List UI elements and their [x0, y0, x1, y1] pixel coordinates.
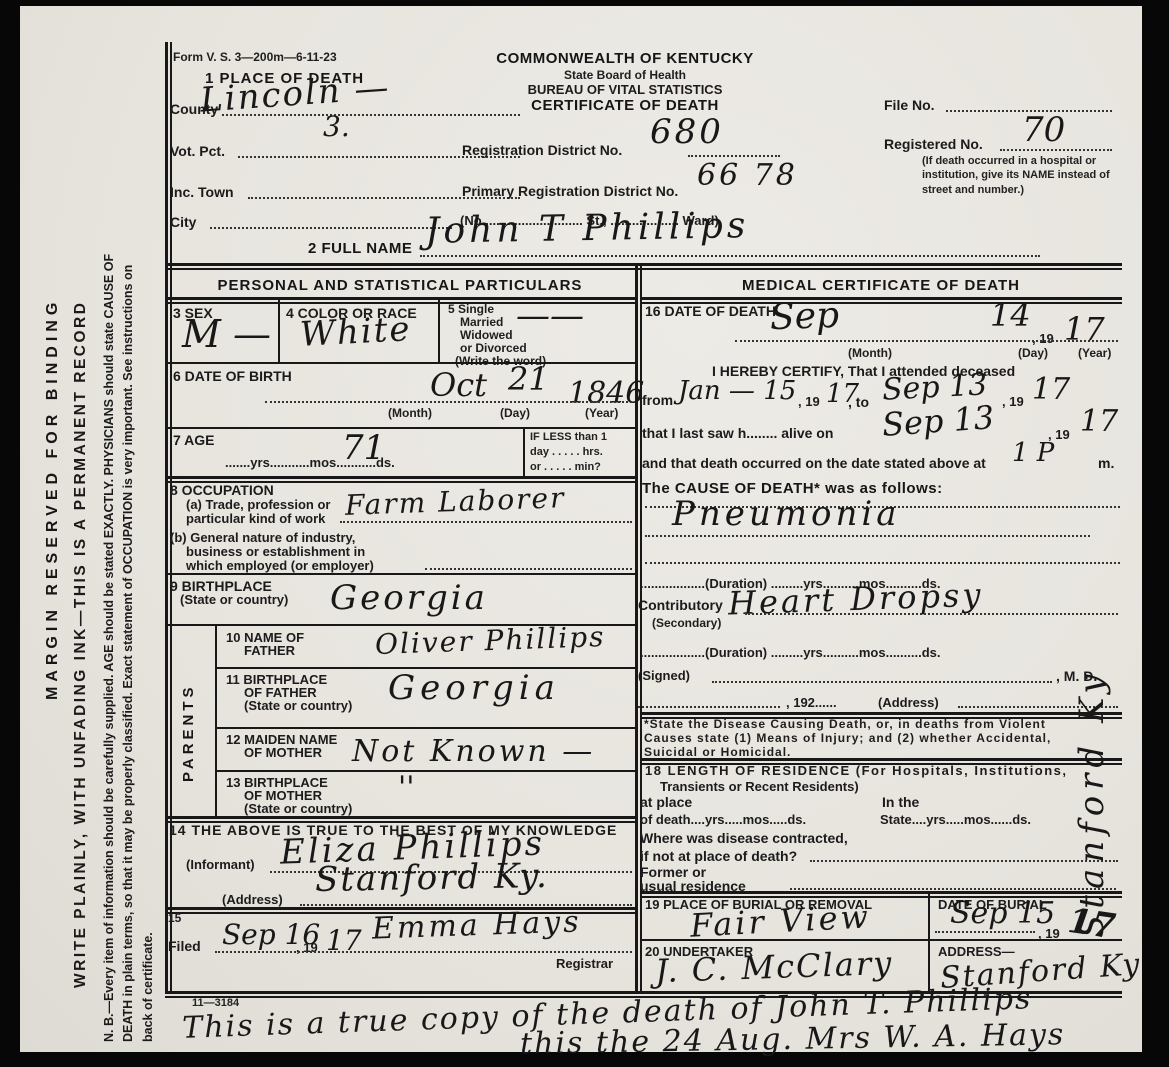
- informant-label: (Informant): [186, 857, 255, 872]
- state-row: State....yrs.....mos......ds.: [880, 812, 1031, 827]
- last-saw-value: Sep 13: [881, 398, 996, 444]
- father-bp-value: Georgia: [388, 668, 560, 708]
- full-name-label: 2 FULL NAME: [308, 240, 412, 257]
- death-certificate-scan: MARGIN RESERVED FOR BINDING WRITE PLAINL…: [0, 0, 1169, 1067]
- marital-line-1: 5 Single: [448, 302, 494, 316]
- full-name-dotted: [420, 255, 1040, 257]
- cause-dotted-2: [645, 535, 1090, 537]
- age-ifless-divider: [523, 427, 525, 477]
- filed-dotted: [215, 951, 632, 953]
- death-time-value: 1 P: [1012, 438, 1054, 468]
- md-address-label: (Address): [878, 695, 939, 710]
- form-code-bottom: 11—3184: [192, 997, 239, 1009]
- city-dotted-line: [210, 227, 452, 229]
- cause-dotted-3: [645, 562, 1120, 564]
- occupation-b-line2: business or establishment in: [186, 544, 365, 559]
- ifless-line-2: day . . . . . hrs.: [530, 446, 603, 458]
- contributory-dotted: [745, 613, 1118, 615]
- dob-month-value: Oct: [430, 366, 487, 404]
- birthplace-value: Georgia: [330, 578, 488, 618]
- father-name-label2: FATHER: [244, 643, 295, 658]
- parents-label: PARENTS: [180, 683, 197, 782]
- item-15-label: 15: [168, 911, 181, 925]
- registration-district-label: Registration District No.: [462, 142, 622, 158]
- burial-divider: [928, 891, 930, 991]
- primary-district-label: Primary Registration District No.: [462, 183, 678, 199]
- birthplace-sublabel: (State or country): [180, 592, 288, 607]
- vot-pct-value-handwriting: 3.: [323, 110, 350, 143]
- parents-divider: [215, 624, 217, 817]
- informant-address-dotted: [300, 904, 632, 906]
- from-value: Jan — 15: [678, 376, 796, 406]
- occupation-label: 8 OCCUPATION: [170, 482, 274, 498]
- registration-district-value: 680: [650, 112, 724, 152]
- mother-bp-value: '': [398, 770, 415, 805]
- date192-dotted: [638, 706, 780, 708]
- occupation-a-line1: (a) Trade, profession or: [186, 497, 330, 512]
- age-value: 71: [342, 428, 385, 468]
- burial-row-rule: [640, 939, 1122, 941]
- margin-binding-note: MARGIN RESERVED FOR BINDING: [44, 298, 62, 700]
- mother-name-rule: [215, 770, 635, 772]
- occupation-a-line2: particular kind of work: [186, 511, 325, 526]
- filed-label: Filed: [168, 938, 201, 954]
- signed-dotted: [712, 681, 1052, 683]
- registered-no-value: 70: [1022, 110, 1065, 150]
- burial-date-dotted: [935, 931, 1035, 933]
- hospital-note: (If death occurred in a hospital or inst…: [922, 154, 1126, 197]
- to-19: , 19: [1002, 394, 1024, 409]
- to-year: 17: [1032, 372, 1070, 407]
- date-of-death-year: 17: [1064, 310, 1105, 348]
- dod-month-label: (Month): [848, 346, 892, 360]
- margin-permanent-note: WRITE PLAINLY, WITH UNFADING INK—THIS IS…: [72, 301, 90, 988]
- margin-nb-note: N. B.—Every item of information should b…: [100, 237, 158, 1042]
- last-saw-statement: that I last saw h........ alive on: [642, 425, 833, 441]
- full-name-value: John T Phillips: [425, 205, 750, 252]
- date-of-death-19: , 19: [1032, 331, 1054, 346]
- informant-address-label: (Address): [222, 892, 283, 907]
- secondary-label: (Secondary): [652, 616, 721, 630]
- marital-value: ——: [516, 296, 584, 336]
- city-label: City: [170, 214, 196, 230]
- registration-district-dotted: [688, 155, 780, 157]
- dod-year-label: (Year): [1078, 346, 1111, 360]
- marital-line-2: Married: [460, 315, 503, 329]
- certificate-heading: CERTIFICATE OF DEATH: [470, 97, 780, 114]
- registrar-label: Registrar: [556, 956, 613, 971]
- registered-no-label: Registered No.: [884, 136, 983, 152]
- in-the-label: In the: [882, 794, 919, 810]
- occupation-b-line3: which employed (or employer): [186, 558, 374, 573]
- mother-name-value: Not Known —: [352, 734, 595, 769]
- form-code: Form V. S. 3—200m—6-11-23: [173, 50, 337, 64]
- residence-title-2: Transients or Recent Residents): [660, 779, 859, 794]
- date-of-death-label: 16 DATE OF DEATH: [645, 303, 776, 319]
- duration-row-2: ..................(Duration) .........yr…: [640, 645, 941, 660]
- dob-dotted: [265, 401, 632, 403]
- m-suffix: m.: [1098, 455, 1114, 471]
- sex-value: M —: [182, 312, 271, 356]
- dob-day-label: (Day): [500, 406, 530, 420]
- cause-of-death-value: Pneumonia: [672, 494, 901, 534]
- race-value: White: [299, 309, 412, 355]
- age-label: 7 AGE: [173, 432, 215, 448]
- footnote-line-1: *State the Disease Causing Death, or, in…: [644, 717, 1046, 731]
- death-occurred-statement: and that death occurred on the date stat…: [642, 455, 986, 471]
- date-of-death-month: Sep: [769, 295, 839, 338]
- at-place-label: at place: [640, 794, 692, 810]
- from-label: from: [642, 392, 673, 408]
- father-bp-rule: [215, 727, 635, 729]
- bureau-heading: BUREAU OF VITAL STATISTICS: [470, 82, 780, 97]
- from-19: , 19: [798, 394, 820, 409]
- signed-label: (Signed): [638, 668, 690, 683]
- dob-label: 6 DATE OF BIRTH: [173, 368, 292, 384]
- dob-year-label: (Year): [585, 406, 618, 420]
- usual-residence-dotted: [790, 888, 1116, 890]
- medical-title: MEDICAL CERTIFICATE OF DEATH: [640, 277, 1122, 294]
- dob-day-value: 21: [508, 360, 549, 398]
- file-no-label: File No.: [884, 97, 935, 113]
- contributory-label: Contributory: [638, 597, 723, 613]
- marital-line-4: or Divorced: [460, 341, 527, 355]
- ifless-line-1: IF LESS than 1: [530, 431, 607, 443]
- header-bottom-rule: [165, 263, 1122, 270]
- commonwealth-heading: COMMONWEALTH OF KENTUCKY: [470, 50, 780, 67]
- mother-bp-sublabel: (State or country): [244, 801, 352, 816]
- year-192-label: , 192......: [786, 695, 837, 710]
- personal-title: PERSONAL AND STATISTICAL PARTICULARS: [165, 277, 635, 294]
- sex-race-divider: [278, 300, 280, 362]
- registrar-signature: Emma Hays: [371, 904, 582, 946]
- of-death-row: of death....yrs.....mos.....ds.: [640, 812, 806, 827]
- dob-row-rule: [165, 427, 635, 429]
- informant-address-value: Stanford Ky.: [315, 856, 549, 900]
- race-marital-divider: [438, 300, 440, 362]
- dod-day-label: (Day): [1018, 346, 1048, 360]
- contracted-line-1: Where was disease contracted,: [640, 830, 848, 846]
- last-saw-year: 17: [1080, 404, 1118, 439]
- date-of-death-dotted: [735, 340, 1118, 342]
- occupation-b-line1: (b) General nature of industry,: [170, 530, 355, 545]
- ifless-line-3: or . . . . . min?: [530, 461, 601, 473]
- board-heading: State Board of Health: [470, 68, 780, 82]
- residence-title-1: 18 LENGTH OF RESIDENCE (For Hospitals, I…: [645, 763, 1068, 778]
- primary-district-value: 66 78: [697, 158, 798, 193]
- to-label: , to: [848, 394, 869, 410]
- mother-name-label2: OF MOTHER: [244, 745, 322, 760]
- footnote-line-2: Causes state (1) Means of Injury; and (2…: [644, 731, 1051, 745]
- dob-month-label: (Month): [388, 406, 432, 420]
- date-of-death-day: 14: [990, 296, 1031, 334]
- occupation-a-dotted: [340, 521, 632, 523]
- footnote-line-3: Suicidal or Homicidal.: [644, 745, 791, 759]
- father-bp-sublabel: (State or country): [244, 698, 352, 713]
- contracted-line-2: if not at place of death?: [640, 848, 797, 864]
- sex-row-rule: [165, 362, 635, 364]
- occupation-rule: [165, 573, 635, 575]
- marital-line-3: Widowed: [460, 328, 513, 342]
- vot-pct-label: Vot. Pct.: [170, 143, 225, 159]
- occupation-b-dotted: [425, 568, 632, 570]
- inc-town-label: Inc. Town: [170, 184, 234, 200]
